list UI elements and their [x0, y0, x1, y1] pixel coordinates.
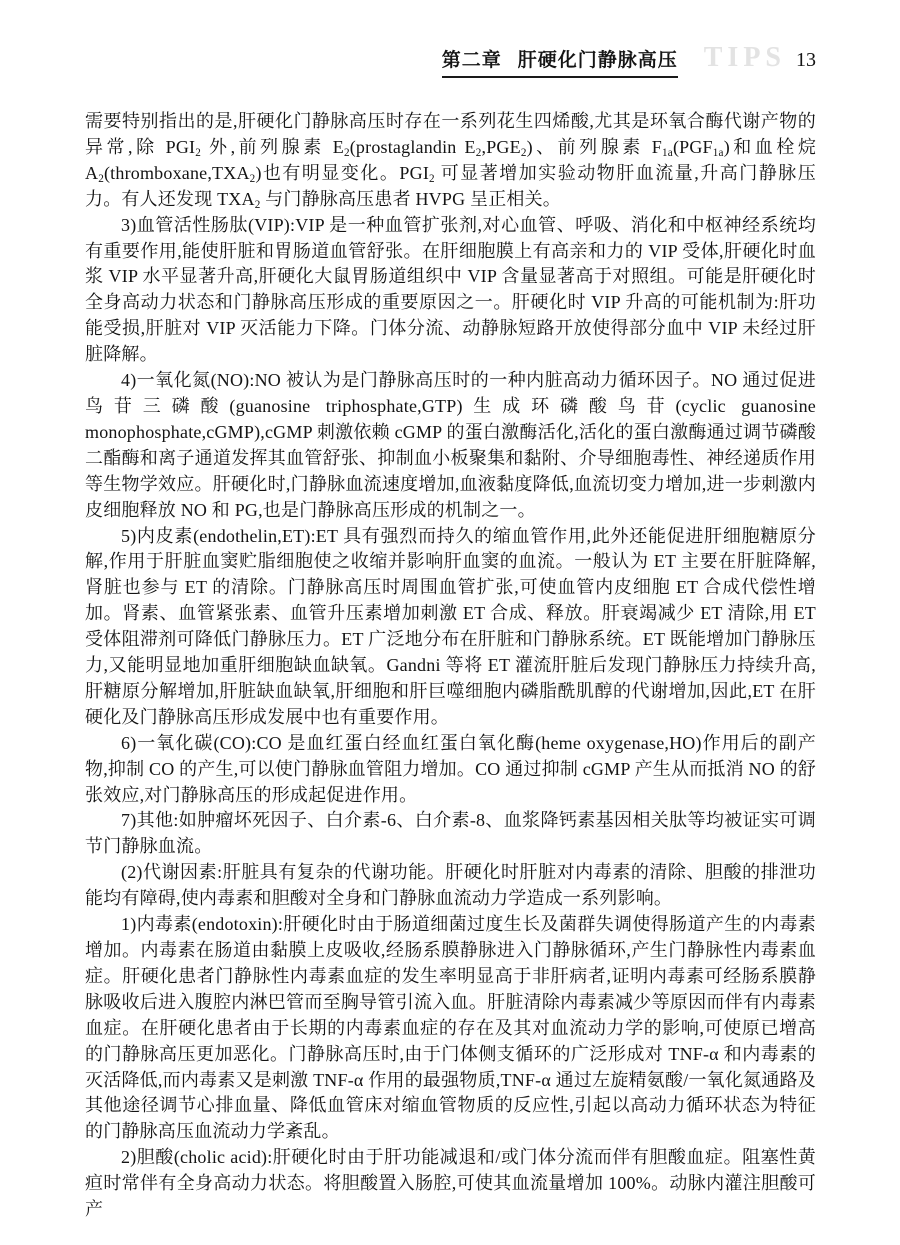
chapter-title: 肝硬化门静脉高压	[518, 50, 678, 71]
subscript: 2	[521, 147, 527, 159]
paragraph: (2)代谢因素:肝脏具有复杂的代谢功能。肝硬化时肝脏对内毒素的清除、胆酸的排泄功…	[85, 860, 816, 912]
subscript: 2	[250, 173, 256, 185]
page-header: 第二章肝硬化门静脉高压 TIPS 13	[85, 42, 816, 78]
paragraph: 7)其他:如肿瘤坏死因子、白介素-6、白介素-8、血浆降钙素基因相关肽等均被证实…	[85, 808, 816, 860]
tips-watermark: TIPS	[704, 42, 786, 74]
paragraph: 5)内皮素(endothelin,ET):ET 具有强烈而持久的缩血管作用,此外…	[85, 524, 816, 731]
subscript: 1a	[662, 147, 673, 159]
subscript: 2	[429, 173, 435, 185]
paragraph: 3)血管活性肠肽(VIP):VIP 是一种血管扩张剂,对心血管、呼吸、消化和中枢…	[85, 213, 816, 368]
chapter-number: 第二章	[442, 50, 502, 71]
paragraph: 6)一氧化碳(CO):CO 是血红蛋白经血红蛋白氧化酶(heme oxygena…	[85, 731, 816, 809]
page-number: 13	[796, 49, 816, 72]
paragraph: 4)一氧化氮(NO):NO 被认为是门静脉高压时的一种内脏高动力循环因子。NO …	[85, 368, 816, 523]
subscript: 2	[344, 147, 350, 159]
subscript: 1a	[713, 147, 724, 159]
subscript: 2	[476, 147, 482, 159]
book-page: 第二章肝硬化门静脉高压 TIPS 13 需要特别指出的是,肝硬化门静脉高压时存在…	[0, 0, 900, 1245]
subscript: 2	[98, 173, 104, 185]
subscript: 2	[255, 199, 261, 211]
chapter-heading: 第二章肝硬化门静脉高压	[442, 45, 678, 78]
paragraph: 需要特别指出的是,肝硬化门静脉高压时存在一系列花生四烯酸,尤其是环氧合酶代谢产物…	[85, 109, 816, 213]
paragraph: 1)内毒素(endotoxin):肝硬化时由于肠道细菌过度生长及菌群失调使得肠道…	[85, 912, 816, 1145]
body-text: 需要特别指出的是,肝硬化门静脉高压时存在一系列花生四烯酸,尤其是环氧合酶代谢产物…	[85, 109, 816, 1223]
paragraph: 2)胆酸(cholic acid):肝硬化时由于肝功能减退和/或门体分流而伴有胆…	[85, 1145, 816, 1223]
subscript: 2	[195, 147, 201, 159]
